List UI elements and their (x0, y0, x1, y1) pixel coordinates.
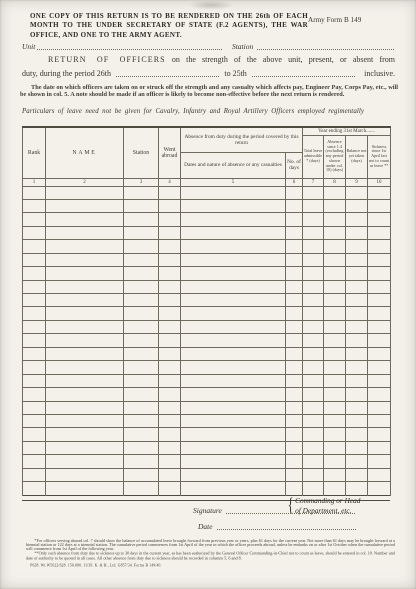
column-number: 5 (181, 178, 286, 186)
table-cell (286, 307, 303, 320)
table-row (23, 199, 391, 212)
date-label: Date (198, 522, 213, 531)
table-row (23, 388, 391, 401)
table-cell (286, 253, 303, 266)
table-cell (346, 401, 368, 414)
unit-fill-line (37, 43, 222, 50)
table-cell (124, 307, 159, 320)
table-cell (124, 267, 159, 280)
table-cell (346, 388, 368, 401)
table-cell (46, 334, 124, 347)
table-cell (124, 361, 159, 374)
table-cell (286, 414, 303, 427)
table-cell (23, 361, 46, 374)
table-cell (159, 414, 181, 427)
table-cell (23, 334, 46, 347)
table-cell (159, 267, 181, 280)
table-cell (124, 280, 159, 293)
column-number: 7 (303, 178, 324, 186)
table-cell (346, 240, 368, 253)
date-row: Date (198, 522, 356, 531)
officers-return-table: Rank NAME Station Went abroad Absence fr… (22, 126, 391, 496)
table-cell (324, 280, 346, 293)
table-row (23, 334, 391, 347)
footnote-double-asterisk: **Only such absence from duty due to sic… (26, 552, 395, 561)
table-cell (181, 414, 286, 427)
period-from-fill-line (116, 70, 219, 77)
table-cell (368, 347, 391, 360)
table-cell (286, 361, 303, 374)
table-row (23, 186, 391, 199)
table-cell (346, 374, 368, 387)
col-header-dates-nature: Dates and nature of absence or any casua… (181, 152, 286, 178)
table-cell (324, 482, 346, 495)
table-cell (46, 388, 124, 401)
table-cell (23, 253, 46, 266)
table-cell (124, 186, 159, 199)
table-row (23, 374, 391, 387)
table-cell (159, 294, 181, 307)
scanned-form-page: ONE COPY OF THIS RETURN IS TO BE RENDERE… (0, 0, 416, 589)
table-row (23, 320, 391, 333)
table-cell (23, 294, 46, 307)
table-cell (303, 280, 324, 293)
table-cell (181, 186, 286, 199)
table-cell (286, 482, 303, 495)
table-cell (324, 361, 346, 374)
table-cell (124, 320, 159, 333)
table-cell (124, 347, 159, 360)
table-cell (181, 253, 286, 266)
table-cell (46, 347, 124, 360)
table-cell (368, 307, 391, 320)
table-cell (303, 374, 324, 387)
table-row (23, 482, 391, 495)
table-cell (23, 240, 46, 253)
table-cell (23, 213, 46, 226)
table-cell (324, 374, 346, 387)
table-cell (346, 361, 368, 374)
official-line1: Commanding or Head (295, 496, 360, 505)
table-cell (324, 468, 346, 481)
table-cell (23, 267, 46, 280)
table-cell (303, 428, 324, 441)
table-cell (286, 334, 303, 347)
group-header-absence: Absence from duty during the period cove… (181, 127, 303, 152)
table-cell (159, 240, 181, 253)
table-body (23, 186, 391, 495)
table-cell (368, 320, 391, 333)
table-cell (346, 334, 368, 347)
table-cell (324, 240, 346, 253)
column-number: 3 (124, 178, 159, 186)
table-row (23, 441, 391, 454)
table-cell (23, 280, 46, 293)
period-to-label: to 25th (224, 69, 246, 78)
table-cell (159, 374, 181, 387)
table-cell (46, 482, 124, 495)
col-header-went-abroad: Went abroad (159, 127, 181, 178)
table-cell (46, 253, 124, 266)
table-cell (346, 347, 368, 360)
column-number: 10 (368, 178, 391, 186)
table-cell (23, 199, 46, 212)
column-number: 4 (159, 178, 181, 186)
table-cell (303, 334, 324, 347)
table-cell (286, 213, 303, 226)
inclusive-label: inclusive. (364, 69, 395, 78)
table-cell (159, 334, 181, 347)
footnote-asterisk: *For officers serving abroad col. 7 shou… (26, 539, 395, 552)
table-cell (46, 455, 124, 468)
column-number: 8 (324, 178, 346, 186)
table-cell (346, 280, 368, 293)
table-cell (46, 267, 124, 280)
table-cell (346, 226, 368, 239)
signature-label: Signature (193, 506, 222, 515)
table-cell (124, 213, 159, 226)
table-cell (346, 199, 368, 212)
table-cell (368, 253, 391, 266)
table-cell (286, 199, 303, 212)
table-header: Rank NAME Station Went abroad Absence fr… (23, 127, 391, 186)
table-row (23, 226, 391, 239)
table-cell (346, 428, 368, 441)
table-cell (181, 428, 286, 441)
table-cell (181, 388, 286, 401)
table-cell (303, 186, 324, 199)
table-cell (159, 388, 181, 401)
instruction-note: The date on which officers are taken on … (20, 84, 398, 99)
table-cell (46, 280, 124, 293)
table-cell (159, 361, 181, 374)
table-cell (286, 374, 303, 387)
table-cell (181, 267, 286, 280)
table-cell (286, 388, 303, 401)
table-cell (324, 347, 346, 360)
form-title-rest: on the strength of the above unit, prese… (172, 55, 395, 64)
table-cell (46, 374, 124, 387)
column-number: 2 (46, 178, 124, 186)
table-cell (303, 455, 324, 468)
table-row (23, 414, 391, 427)
table-row (23, 428, 391, 441)
table-cell (324, 307, 346, 320)
table-cell (124, 428, 159, 441)
form-title-lead: RETURN OF OFFICERS (48, 55, 166, 64)
table-cell (324, 455, 346, 468)
table-row (23, 361, 391, 374)
table-cell (368, 468, 391, 481)
table-cell (46, 468, 124, 481)
table-cell (368, 280, 391, 293)
table-cell (159, 482, 181, 495)
table-cell (303, 307, 324, 320)
table-cell (181, 294, 286, 307)
table-cell (368, 428, 391, 441)
table-cell (23, 186, 46, 199)
table-cell (159, 307, 181, 320)
table-cell (368, 414, 391, 427)
table-cell (46, 186, 124, 199)
table-cell (303, 294, 324, 307)
table-cell (181, 347, 286, 360)
table-cell (23, 388, 46, 401)
table-cell (346, 267, 368, 280)
table-cell (303, 253, 324, 266)
table-cell (23, 428, 46, 441)
table-cell (286, 428, 303, 441)
table-cell (181, 213, 286, 226)
table-cell (159, 320, 181, 333)
table-cell (346, 468, 368, 481)
table-cell (124, 294, 159, 307)
table-cell (23, 374, 46, 387)
table-cell (303, 482, 324, 495)
table-cell (46, 240, 124, 253)
table-cell (368, 361, 391, 374)
table-cell (46, 213, 124, 226)
table-row (23, 280, 391, 293)
table-cell (124, 240, 159, 253)
table-cell (368, 455, 391, 468)
table-cell (23, 468, 46, 481)
table-cell (23, 482, 46, 495)
scan-smudge (188, 0, 234, 10)
table-cell (159, 468, 181, 481)
table-cell (181, 482, 286, 495)
table-row (23, 307, 391, 320)
table-cell (346, 307, 368, 320)
table-cell (303, 441, 324, 454)
table-cell (159, 199, 181, 212)
column-number-row: 1 2 3 4 5 6 7 8 9 10 (23, 178, 391, 186)
station-fill-line (257, 43, 394, 50)
table-cell (286, 347, 303, 360)
table-cell (181, 334, 286, 347)
table-cell (159, 213, 181, 226)
col-header-rank: Rank (23, 127, 46, 178)
table-cell (159, 428, 181, 441)
table-cell (23, 455, 46, 468)
column-number: 1 (23, 178, 46, 186)
table-cell (286, 280, 303, 293)
table-cell (368, 374, 391, 387)
form-title-line2: duty, during the period 26th to 25th inc… (22, 69, 395, 78)
table-cell (124, 414, 159, 427)
table-cell (286, 267, 303, 280)
table-cell (286, 401, 303, 414)
table-cell (46, 414, 124, 427)
table-cell (159, 347, 181, 360)
table-cell (159, 186, 181, 199)
table-row (23, 253, 391, 266)
table-cell (303, 267, 324, 280)
table-cell (46, 441, 124, 454)
table-cell (159, 280, 181, 293)
table-cell (324, 388, 346, 401)
table-cell (324, 441, 346, 454)
table-cell (368, 294, 391, 307)
signature-row: Signature (193, 506, 355, 515)
table-cell (324, 294, 346, 307)
table-cell (303, 414, 324, 427)
table-cell (324, 213, 346, 226)
table-row (23, 294, 391, 307)
table-cell (303, 240, 324, 253)
col-header-no-days: No. of days (286, 152, 303, 178)
table-cell (286, 240, 303, 253)
table-cell (124, 441, 159, 454)
table-cell (346, 441, 368, 454)
table-cell (159, 401, 181, 414)
date-fill-line (217, 523, 356, 530)
table-row (23, 213, 391, 226)
table-cell (159, 253, 181, 266)
table-cell (368, 388, 391, 401)
table-cell (346, 186, 368, 199)
table-cell (324, 199, 346, 212)
table-cell (181, 226, 286, 239)
table-cell (346, 482, 368, 495)
table-cell (181, 401, 286, 414)
table-cell (46, 226, 124, 239)
table-cell (181, 280, 286, 293)
table-cell (368, 240, 391, 253)
table-cell (368, 401, 391, 414)
copy-notice: ONE COPY OF THIS RETURN IS TO BE RENDERE… (30, 12, 308, 40)
table-cell (286, 226, 303, 239)
table-cell (286, 455, 303, 468)
table-cell (23, 401, 46, 414)
column-number: 6 (286, 178, 303, 186)
table-cell (46, 307, 124, 320)
table-cell (303, 468, 324, 481)
unit-label: Unit (22, 42, 35, 51)
printers-imprint: P628. Wt.W5622/628. 150,000. 11/39. K. &… (26, 563, 395, 567)
table-cell (46, 428, 124, 441)
table-cell (303, 226, 324, 239)
form-number: Army Form B 149 (308, 16, 394, 24)
table-cell (368, 441, 391, 454)
table-cell (286, 320, 303, 333)
table-cell (124, 401, 159, 414)
table-cell (346, 294, 368, 307)
table-cell (324, 186, 346, 199)
table-cell (324, 253, 346, 266)
table-cell (181, 307, 286, 320)
table-cell (346, 320, 368, 333)
table-cell (368, 199, 391, 212)
table-cell (346, 455, 368, 468)
period-from-label: duty, during the period 26th (22, 69, 111, 78)
table-cell (324, 320, 346, 333)
table-cell (303, 320, 324, 333)
table-cell (286, 441, 303, 454)
table-row (23, 401, 391, 414)
table-cell (124, 482, 159, 495)
col-header-station: Station (124, 127, 159, 178)
table-cell (23, 307, 46, 320)
table-cell (368, 482, 391, 495)
table-row (23, 240, 391, 253)
table-cell (124, 388, 159, 401)
station-label: Station (232, 42, 253, 51)
table-cell (324, 334, 346, 347)
table-cell (181, 374, 286, 387)
table-cell (324, 267, 346, 280)
table-cell (159, 226, 181, 239)
table-cell (46, 361, 124, 374)
table-cell (368, 226, 391, 239)
period-to-fill-line (252, 70, 355, 77)
table-cell (124, 374, 159, 387)
col-header-absence-since: Absence since 1.4 (excluding any period … (324, 135, 346, 178)
col-header-name: NAME (46, 127, 124, 178)
table-cell (124, 468, 159, 481)
table-cell (181, 320, 286, 333)
table-cell (303, 347, 324, 360)
table-cell (181, 455, 286, 468)
table-cell (303, 388, 324, 401)
table-cell (303, 199, 324, 212)
table-cell (159, 441, 181, 454)
table-cell (181, 199, 286, 212)
table-cell (46, 320, 124, 333)
table-cell (46, 294, 124, 307)
table-cell (303, 401, 324, 414)
table-cell (324, 428, 346, 441)
table-cell (303, 361, 324, 374)
table-cell (324, 401, 346, 414)
unit-station-row: Unit Station (22, 42, 394, 51)
table-cell (46, 199, 124, 212)
table-cell (181, 361, 286, 374)
table-cell (324, 226, 346, 239)
table-cell (23, 226, 46, 239)
col-header-sickness: Sickness since 1st April last not to cou… (368, 135, 391, 178)
table-cell (346, 414, 368, 427)
table-cell (124, 199, 159, 212)
table-cell (346, 213, 368, 226)
table-cell (368, 213, 391, 226)
table-cell (181, 468, 286, 481)
table-cell (346, 253, 368, 266)
table-cell (286, 186, 303, 199)
particulars-note: Particulars of leave need not be given f… (22, 108, 393, 115)
table-cell (23, 320, 46, 333)
table-cell (124, 226, 159, 239)
table-cell (368, 334, 391, 347)
col-header-total-leave: Total leave admissible * (days) (303, 135, 324, 178)
table-cell (286, 468, 303, 481)
table-cell (124, 455, 159, 468)
table-cell (303, 213, 324, 226)
table-row (23, 455, 391, 468)
group-header-year-ending: Year ending 31st March....... (303, 127, 391, 135)
table-row (23, 347, 391, 360)
table-cell (159, 455, 181, 468)
table-cell (181, 240, 286, 253)
table-row (23, 468, 391, 481)
column-number: 9 (346, 178, 368, 186)
table-cell (368, 186, 391, 199)
table-cell (23, 441, 46, 454)
footnotes-block: *For officers serving abroad col. 7 shou… (26, 539, 395, 568)
table-row (23, 267, 391, 280)
col-header-balance: Balance not yet taken (days) (346, 135, 368, 178)
table-cell (124, 253, 159, 266)
